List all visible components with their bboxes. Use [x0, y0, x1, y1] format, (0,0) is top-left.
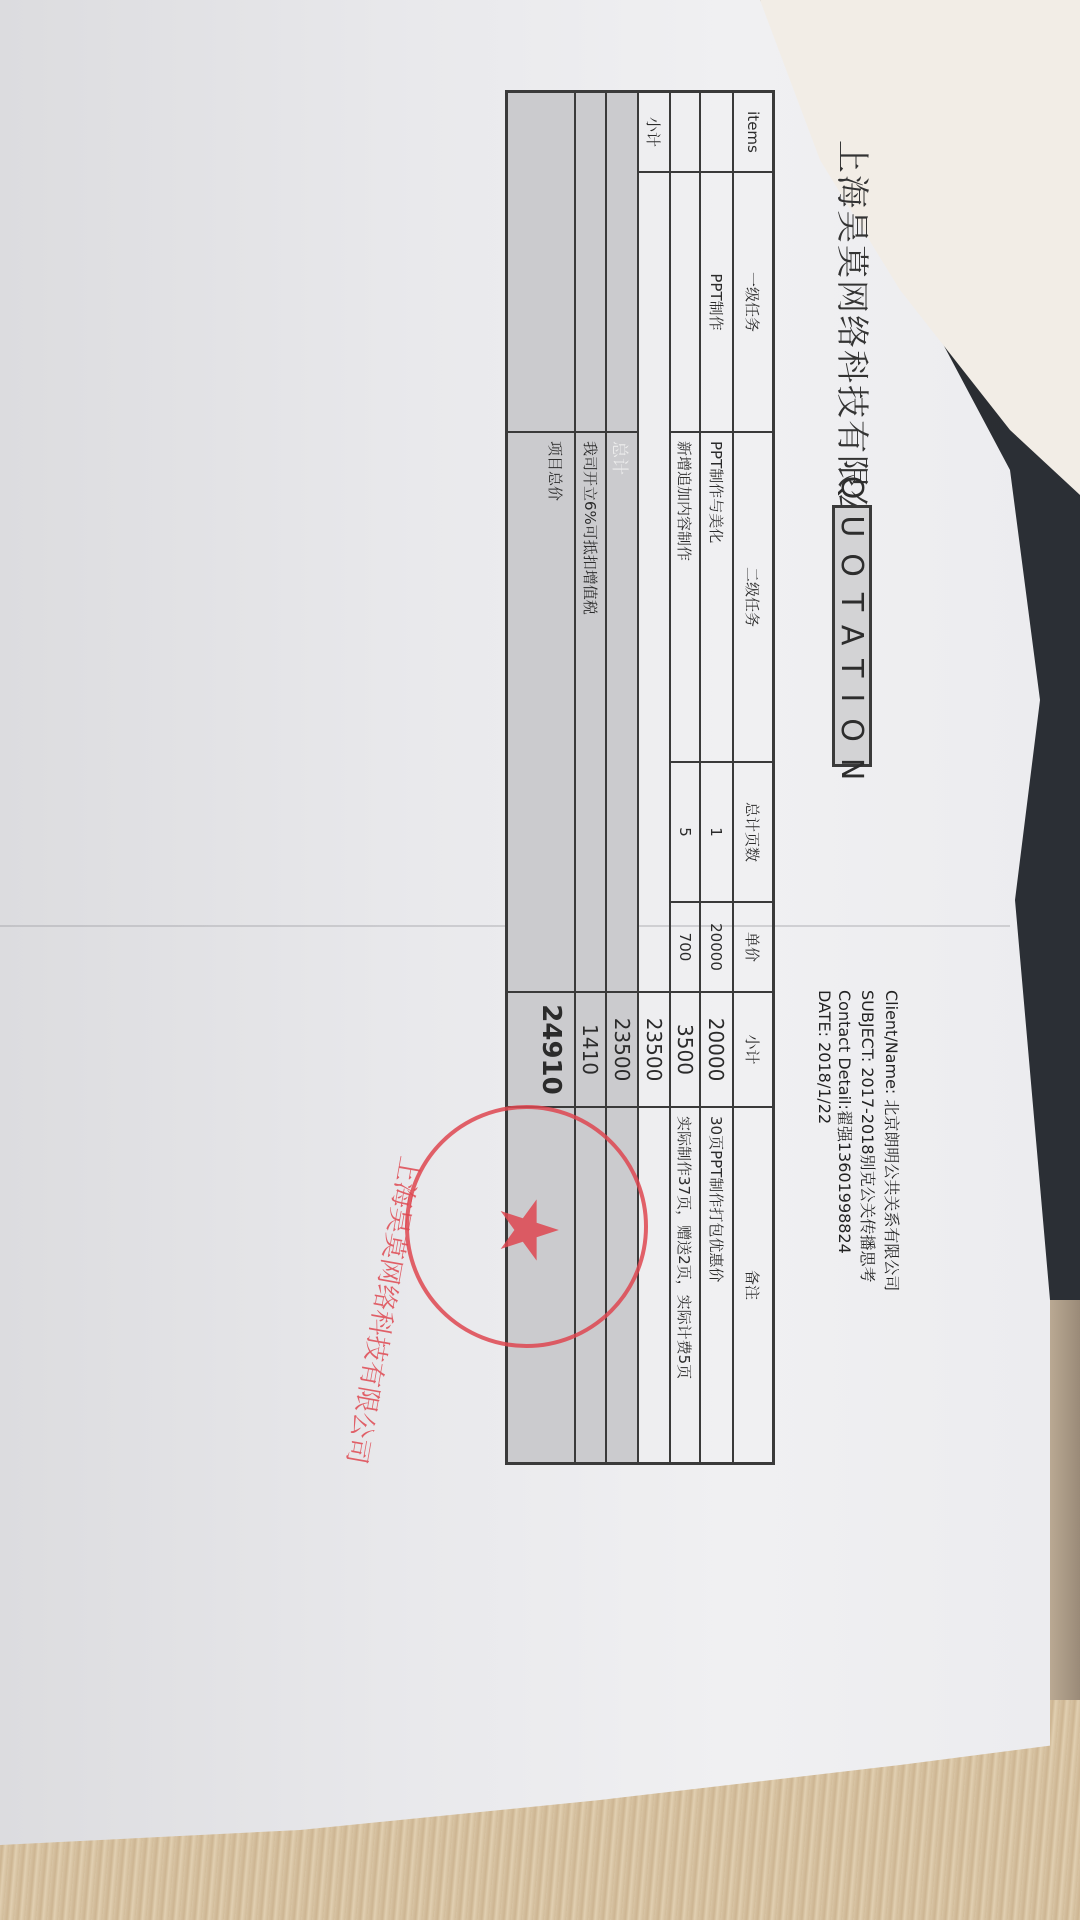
table-row: 新增追加内容制作 5 700 3500 实际制作37页，赠送2页，实际计费5页 — [669, 93, 699, 1462]
tax-value: 1410 — [576, 993, 605, 1108]
header-note: 备注 — [734, 1108, 772, 1462]
row1-items — [701, 93, 732, 173]
header-level1-task: 一级任务 — [734, 173, 772, 433]
subject: SUBJECT: 2017-2018别克公关传播思考 — [857, 990, 880, 1283]
date: DATE: 2018/1/22 — [815, 990, 834, 1124]
row2-unit-price: 700 — [671, 903, 699, 993]
quotation-title-box: QUOTATION — [832, 505, 872, 767]
contact-detail: Contact Detail:翟强13601998824 — [834, 990, 857, 1254]
subtotal-note — [639, 1108, 669, 1462]
tax-label: 我司开立6%可抵扣增值税 — [576, 433, 605, 993]
row1-subtotal: 20000 — [701, 993, 732, 1108]
total-label: 总计 — [607, 433, 637, 993]
total-value: 23500 — [607, 993, 637, 1108]
row2-level1 — [671, 173, 699, 433]
seal-star-icon: ★ — [488, 1194, 568, 1266]
quotation-title: QUOTATION — [835, 476, 870, 797]
row1-note: 30页PPT制作打包优惠价 — [701, 1108, 732, 1462]
row2-subtotal: 3500 — [671, 993, 699, 1108]
row1-pages: 1 — [701, 763, 732, 903]
grand-total-value: 24910 — [508, 993, 574, 1108]
subtotal-value: 23500 — [639, 993, 669, 1108]
header-level2-task: 二级任务 — [734, 433, 772, 763]
grand-total-spacer — [508, 93, 574, 433]
subtotal-spacer — [639, 173, 669, 993]
header-unit-price: 单价 — [734, 903, 772, 993]
header-subtotal: 小计 — [734, 993, 772, 1108]
tax-spacer — [576, 93, 605, 433]
rotated-document-layer: 上海昊莫网络科技有限公司 QUOTATION Client/Name: 北京朗明… — [0, 0, 1000, 1920]
header-total-pages: 总计页数 — [734, 763, 772, 903]
table-row: PPT制作 PPT制作与美化 1 20000 20000 30页PPT制作打包优… — [699, 93, 732, 1462]
grand-total-label: 项目总价 — [508, 433, 574, 993]
client-name: Client/Name: 北京朗明公共关系有限公司 — [881, 990, 904, 1291]
row2-level2: 新增追加内容制作 — [671, 433, 699, 763]
header-items: items — [734, 93, 772, 173]
row1-level1: PPT制作 — [701, 173, 732, 433]
row2-items — [671, 93, 699, 173]
row1-unit-price: 20000 — [701, 903, 732, 993]
row2-note: 实际制作37页，赠送2页，实际计费5页 — [671, 1108, 699, 1462]
table-header-row: items 一级任务 二级任务 总计页数 单价 小计 备注 — [732, 93, 772, 1462]
row2-pages: 5 — [671, 763, 699, 903]
row1-level2: PPT制作与美化 — [701, 433, 732, 763]
subtotal-label: 小计 — [639, 93, 669, 173]
total-spacer — [607, 93, 637, 433]
